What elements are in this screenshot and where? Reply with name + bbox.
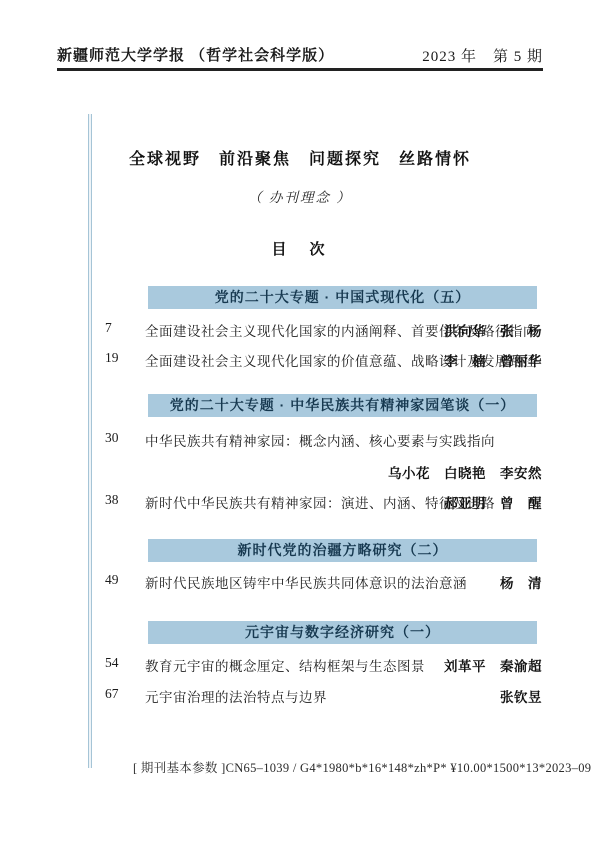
entry-authors: 张钦昱 (500, 686, 542, 706)
journal-motto: 全球视野 前沿聚焦 问题探究 丝路情怀 (57, 146, 543, 169)
toc-title: 目 次 (57, 238, 543, 259)
entry-authors: 李 楠 曾丽华 (444, 350, 542, 370)
section-header-2: 党的二十大专题 · 中华民族共有精神家园笔谈（一） (148, 394, 537, 417)
section-header-3: 新时代党的治疆方略研究（二） (148, 539, 537, 562)
entry-authors: 刘革平 秦渝超 (444, 655, 542, 675)
entry-pagenum: 67 (105, 686, 135, 702)
section-header-4: 元宇宙与数字经济研究（一） (148, 621, 537, 644)
entry-title: 元宇宙治理的法治特点与边界 (145, 686, 327, 706)
journal-title: 新疆师范大学学报 （哲学社会科学版） (57, 44, 334, 65)
left-vertical-rule (88, 114, 92, 768)
entry-pagenum: 49 (105, 572, 135, 588)
entry-pagenum: 7 (105, 320, 135, 336)
entry-authors: 洪向华 张 杨 (444, 320, 542, 340)
issue-info: 2023 年 第 5 期 (422, 45, 543, 66)
entry-title: 教育元宇宙的概念厘定、结构框架与生态图景 (145, 655, 425, 675)
section-header-1: 党的二十大专题 · 中国式现代化（五） (148, 286, 537, 309)
entry-authors: 杨 清 (500, 572, 542, 592)
entry-title: 新时代中华民族共有精神家园：演进、内涵、特征及进路 (145, 492, 495, 512)
entry-authors: 乌小花 白晓艳 李安然 (388, 462, 542, 482)
entry-pagenum: 38 (105, 492, 135, 508)
entry-authors: 郝亚明 曾 醒 (444, 492, 542, 512)
entry-title: 中华民族共有精神家园：概念内涵、核心要素与实践指向 (145, 430, 495, 450)
entry-pagenum: 30 (105, 430, 135, 446)
journal-toc-page: { "header": { "journal_title": "新疆师范大学学报… (0, 0, 599, 841)
entry-title: 新时代民族地区铸牢中华民族共同体意识的法治意涵 (145, 572, 467, 592)
entry-pagenum: 54 (105, 655, 135, 671)
header-double-rule (57, 68, 543, 71)
motto-note: （ 办刊理念 ） (57, 186, 543, 206)
entry-pagenum: 19 (105, 350, 135, 366)
journal-parameters-line: [ 期刊基本参数 ]CN65–1039 / G4*1980*b*16*148*z… (133, 758, 591, 776)
